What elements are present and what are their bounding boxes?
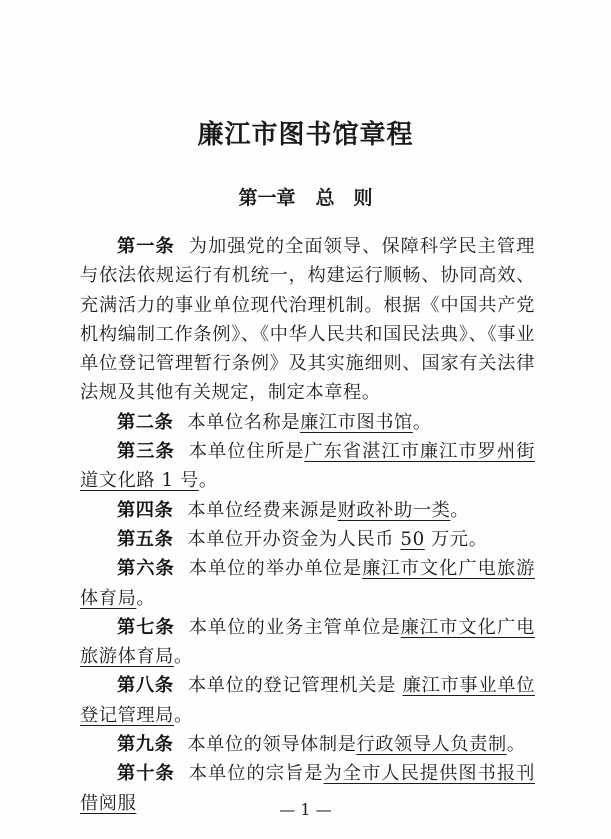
article-label: 第十条 xyxy=(117,763,175,784)
article-suffix: 。 xyxy=(450,500,469,521)
article-7: 第七条本单位的业务主管单位是廉江市文化广电旅游体育局。 xyxy=(80,613,535,672)
article-2: 第二条本单位名称是廉江市图书馆。 xyxy=(80,408,535,437)
article-suffix: 。 xyxy=(413,412,432,433)
article-prefix: 本单位经费来源是 xyxy=(187,500,337,521)
article-suffix: 。 xyxy=(174,646,193,667)
document-body: 第一条为加强党的全面领导、保障科学民主管理与依法依规运行有机统一，构建运行顺畅、… xyxy=(80,232,535,818)
article-prefix: 本单位的业务主管单位是 xyxy=(189,617,401,638)
article-1: 第一条为加强党的全面领导、保障科学民主管理与依法依规运行有机统一，构建运行顺畅、… xyxy=(80,232,535,408)
article-label: 第二条 xyxy=(117,412,173,433)
article-prefix: 本单位开办资金为人民币 xyxy=(187,529,400,550)
article-label: 第七条 xyxy=(117,617,175,638)
article-label: 第四条 xyxy=(117,500,173,521)
article-suffix: 。 xyxy=(136,588,155,609)
article-label: 第六条 xyxy=(117,558,175,579)
article-label: 第九条 xyxy=(117,734,173,755)
article-underlined-value: 50 xyxy=(400,529,424,550)
article-suffix: 。 xyxy=(174,705,193,726)
page-number: — 1 — xyxy=(0,800,611,819)
chapter-name: 总 则 xyxy=(316,187,373,209)
article-underlined-value: 行政领导人负责制 xyxy=(356,734,506,755)
article-suffix: 。 xyxy=(507,734,526,755)
article-label: 第一条 xyxy=(117,236,175,257)
article-3: 第三条本单位住所是广东省湛江市廉江市罗州街道文化路 1 号。 xyxy=(80,437,535,496)
article-label: 第五条 xyxy=(117,529,173,550)
article-prefix: 本单位住所是 xyxy=(189,441,305,462)
article-prefix: 本单位名称是 xyxy=(187,412,300,433)
article-prefix: 本单位的宗旨是 xyxy=(189,763,324,784)
article-6: 第六条本单位的举办单位是廉江市文化广电旅游体育局。 xyxy=(80,554,535,613)
article-prefix: 本单位的领导体制是 xyxy=(187,734,356,755)
chapter-heading: 第一章总 则 xyxy=(0,183,611,210)
article-9: 第九条本单位的领导体制是行政领导人负责制。 xyxy=(80,730,535,759)
article-label: 第三条 xyxy=(117,441,175,462)
article-underlined-value: 财政补助一类 xyxy=(338,500,451,521)
article-8: 第八条本单位的登记管理机关是 廉江市事业单位登记管理局。 xyxy=(80,671,535,730)
article-label: 第八条 xyxy=(117,675,174,696)
article-suffix: 万元。 xyxy=(425,529,488,550)
article-underlined-value: 廉江市图书馆 xyxy=(300,412,413,433)
article-text: 为加强党的全面领导、保障科学民主管理与依法依规运行有机统一，构建运行顺畅、协同高… xyxy=(80,236,535,403)
document-page: 廉江市图书馆章程 第一章总 则 第一条为加强党的全面领导、保障科学民主管理与依法… xyxy=(0,0,611,839)
article-suffix: 。 xyxy=(199,470,218,491)
article-5: 第五条本单位开办资金为人民币 50 万元。 xyxy=(80,525,535,554)
article-4: 第四条本单位经费来源是财政补助一类。 xyxy=(80,496,535,525)
chapter-number: 第一章 xyxy=(238,187,295,209)
article-prefix: 本单位的举办单位是 xyxy=(189,558,362,579)
document-title: 廉江市图书馆章程 xyxy=(0,114,611,151)
article-prefix: 本单位的登记管理机关是 xyxy=(188,675,403,696)
